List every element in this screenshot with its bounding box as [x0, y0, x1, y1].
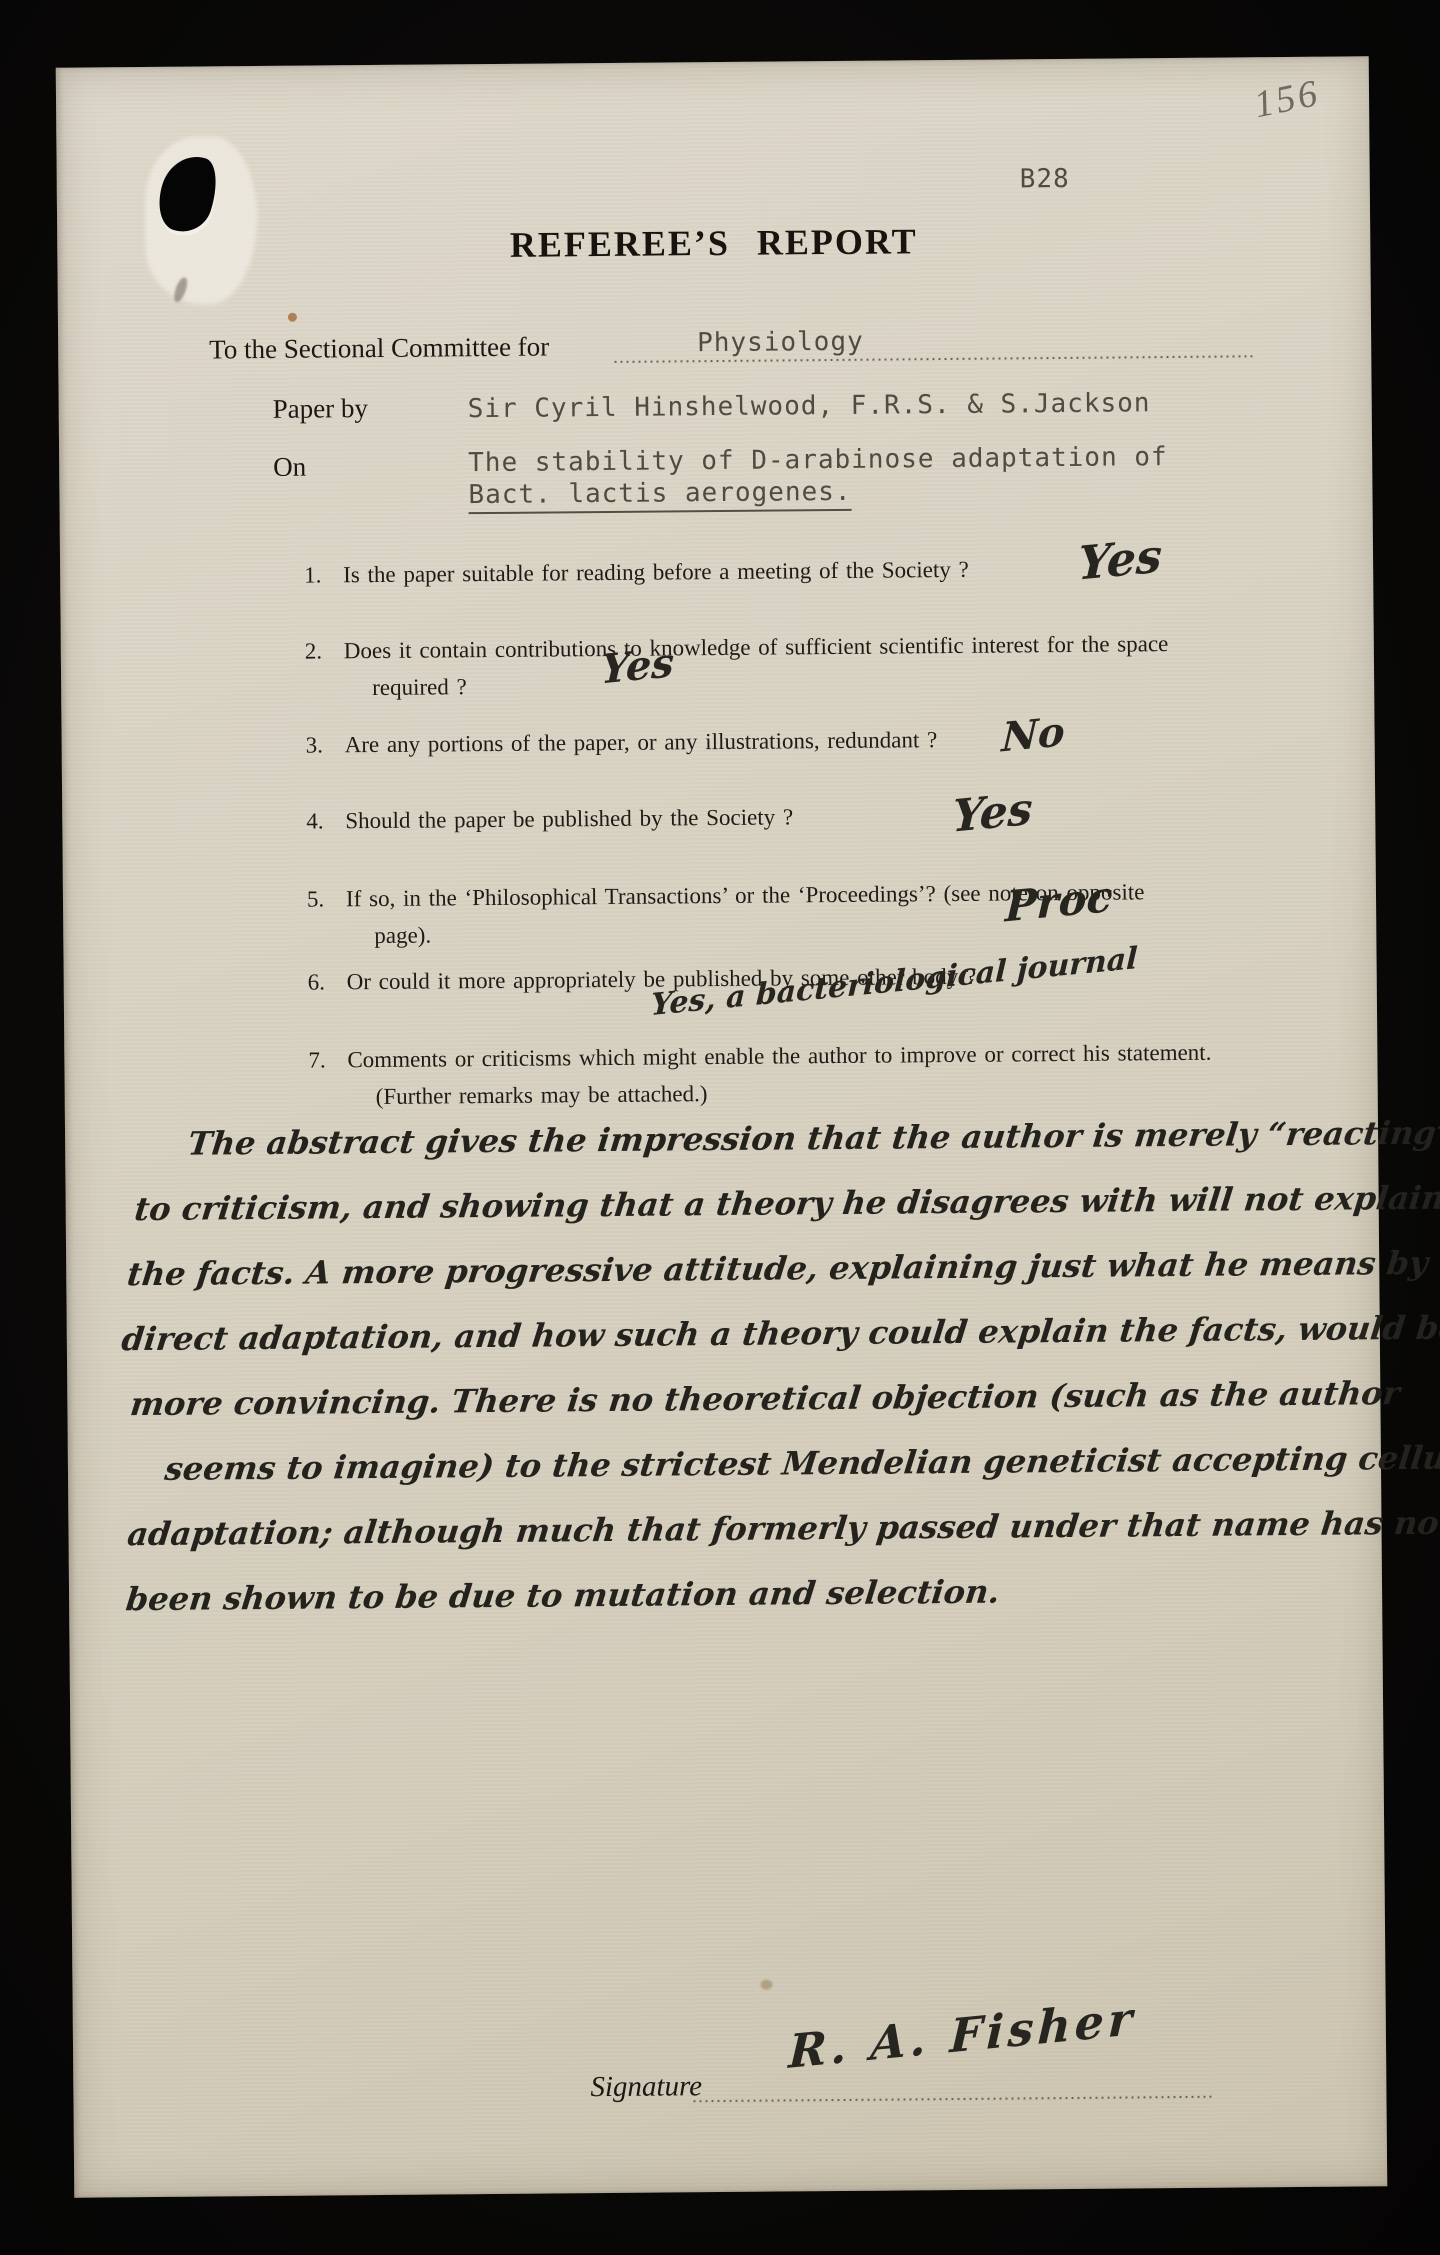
- paper-title-line2: Bact. lactis aerogenes.: [468, 477, 851, 514]
- paper-by-value: Sir Cyril Hinshelwood, F.R.S. & S.Jackso…: [468, 388, 1151, 424]
- document-page: 156 B28 REFEREE’S REPORT To the Sectiona…: [56, 56, 1388, 2197]
- question-number: 1.: [304, 556, 322, 593]
- scan-background: { "document": { "archive_number": "156",…: [0, 0, 1440, 2255]
- stain-speck: [760, 1980, 772, 1990]
- rust-speck: [288, 313, 297, 322]
- handwritten-answer-1: Yes: [1077, 528, 1163, 591]
- comment-line: to criticism, and showing that a theory …: [117, 1166, 1394, 1242]
- handwritten-comments: The abstract gives the impression that t…: [120, 1101, 1394, 1632]
- comment-line: more convincing. There is no theoretical…: [119, 1361, 1396, 1437]
- question-text: Should the paper be published by the Soc…: [345, 798, 793, 839]
- signature-value: R. A. Fisher: [788, 1991, 1138, 2079]
- signature-label: Signature: [590, 2070, 702, 2104]
- handwritten-answer-2: Yes: [600, 639, 675, 693]
- archive-number-pencil: 156: [1250, 71, 1323, 127]
- paper-by-label: Paper by: [273, 393, 369, 425]
- handwritten-answer-6: Yes, a bacteriological journal: [650, 941, 1138, 1023]
- question-number: 6.: [308, 963, 326, 1000]
- question-number: 2.: [305, 632, 323, 669]
- question-text: Does it contain contributions to knowled…: [344, 625, 1169, 669]
- comment-line: been shown to be due to mutation and sel…: [120, 1556, 1397, 1632]
- signature-dotted-line: [693, 2095, 1211, 2103]
- reference-code: B28: [1020, 164, 1070, 194]
- question-number: 4.: [306, 802, 324, 839]
- handwritten-answer-4: Yes: [951, 784, 1033, 843]
- question-3: 3. Are any portions of the paper, or any…: [305, 721, 937, 764]
- question-text: Are any portions of the paper, or any il…: [344, 721, 937, 763]
- comment-line: the facts. A more progressive attitude, …: [118, 1231, 1395, 1307]
- question-number: 5.: [307, 880, 325, 917]
- question-text: required ?: [372, 662, 1169, 706]
- question-text: Comments or criticisms which might enabl…: [347, 1034, 1211, 1079]
- handwritten-answer-3: No: [1001, 708, 1066, 761]
- committee-value: Physiology: [697, 327, 864, 358]
- committee-label: To the Sectional Committee for: [209, 331, 549, 365]
- comment-line: seems to imagine) to the strictest Mende…: [119, 1426, 1396, 1502]
- comment-line: The abstract gives the impression that t…: [116, 1101, 1393, 1177]
- paper-title-line1: The stability of D-arabinose adaptation …: [468, 442, 1168, 478]
- question-number: 7.: [308, 1041, 326, 1078]
- question-number: 3.: [305, 726, 323, 763]
- comment-line: adaptation; although much that formerly …: [120, 1491, 1397, 1567]
- on-label: On: [273, 452, 306, 483]
- question-text: Is the paper suitable for reading before…: [343, 551, 969, 593]
- question-4: 4. Should the paper be published by the …: [306, 798, 793, 839]
- handwritten-answer-5: Proc: [1004, 872, 1113, 932]
- comment-line: direct adaptation, and how such a theory…: [118, 1296, 1395, 1372]
- question-1: 1. Is the paper suitable for reading bef…: [304, 551, 969, 594]
- question-2: 2. Does it contain contributions to know…: [305, 625, 1169, 707]
